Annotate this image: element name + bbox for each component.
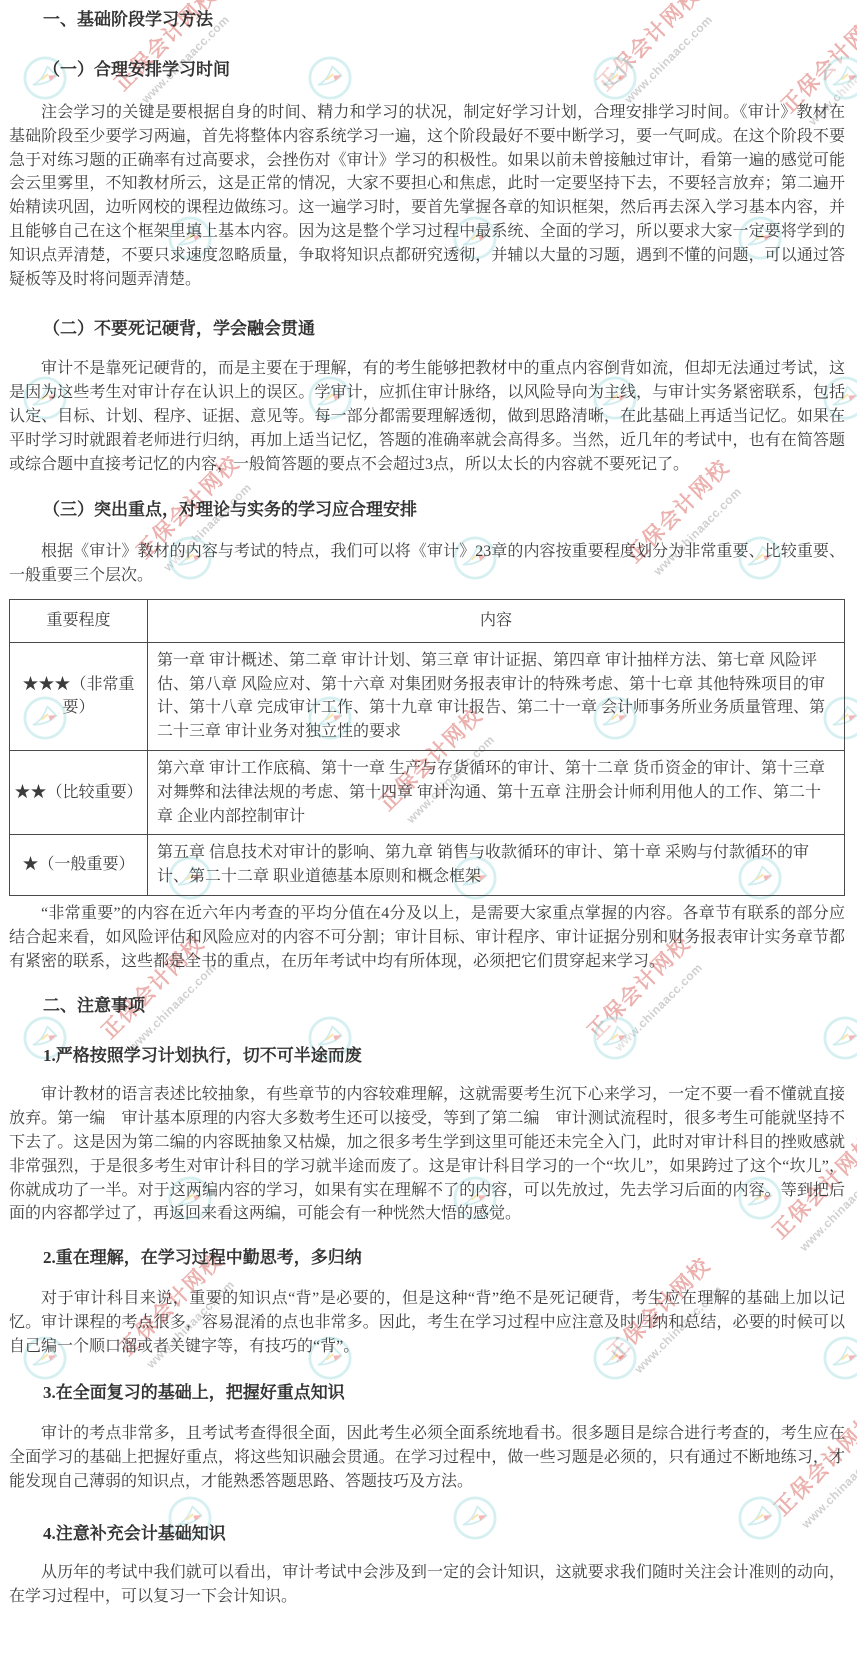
document-page: 正保会计网校www.chinaacc.com正保会计网校www.chinaacc… bbox=[0, 0, 857, 1664]
note-heading-2: 2.重在理解，在学习过程中勤思考，多归纳 bbox=[9, 1246, 845, 1270]
table-header-level: 重要程度 bbox=[10, 599, 148, 642]
paragraph-note-2: 对于审计科目来说，重要的知识点“背”是必要的，但是这种“背”绝不是死记硬背，考生… bbox=[9, 1287, 845, 1358]
table-row: ★★★（非常重要） 第一章 审计概述、第二章 审计计划、第三章 审计证据、第四章… bbox=[10, 642, 845, 750]
table-header-row: 重要程度 内容 bbox=[10, 599, 845, 642]
level-important: ★★（比较重要） bbox=[10, 750, 148, 834]
section-2-title: 二、注意事项 bbox=[9, 994, 845, 1018]
paragraph-study-time: 注会学习的关键是要根据自身的时间、精力和学习的状况，制定好学习计划，合理安排学习… bbox=[9, 101, 845, 291]
importance-table: 重要程度 内容 ★★★（非常重要） 第一章 审计概述、第二章 审计计划、第三章 … bbox=[9, 599, 845, 896]
paragraph-importance-intro: 根据《审计》教材的内容与考试的特点，我们可以将《审计》23章的内容按重要程度划分… bbox=[9, 540, 845, 588]
table-row: ★★（比较重要） 第六章 审计工作底稿、第十一章 生产与存货循环的审计、第十二章… bbox=[10, 750, 845, 834]
note-heading-1: 1.严格按照学习计划执行，切不可半途而废 bbox=[9, 1044, 845, 1068]
paragraph-after-table: “非常重要”的内容在近六年内考查的平均分值在4分及以上，是需要大家重点掌握的内容… bbox=[9, 902, 845, 973]
level-general: ★（一般重要） bbox=[10, 835, 148, 896]
note-heading-4: 4.注意补充会计基础知识 bbox=[9, 1522, 845, 1546]
paragraph-no-rote: 审计不是靠死记硬背的，而是主要在于理解，有的考生能够把教材中的重点内容倒背如流，… bbox=[9, 357, 845, 476]
paragraph-note-1: 审计教材的语言表述比较抽象，有些章节的内容较难理解，这就需要考生沉下心来学习，一… bbox=[9, 1083, 845, 1226]
section-1-title: 一、基础阶段学习方法 bbox=[9, 8, 845, 32]
paragraph-note-3: 审计的考点非常多，且考试考查得很全面，因此考生必须全面系统地看书。很多题目是综合… bbox=[9, 1422, 845, 1493]
document-content: 一、基础阶段学习方法 （一）合理安排学习时间 注会学习的关键是要根据自身的时间、… bbox=[0, 0, 857, 1608]
subsection-heading-2: （二）不要死记硬背，学会融会贯通 bbox=[9, 317, 845, 341]
chapters-important: 第六章 审计工作底稿、第十一章 生产与存货循环的审计、第十二章 货币资金的审计、… bbox=[148, 750, 845, 834]
subsection-heading-1: （一）合理安排学习时间 bbox=[9, 58, 845, 82]
table-row: ★（一般重要） 第五章 信息技术对审计的影响、第九章 销售与收款循环的审计、第十… bbox=[10, 835, 845, 896]
table-header-content: 内容 bbox=[148, 599, 845, 642]
subsection-heading-3: （三）突出重点，对理论与实务的学习应合理安排 bbox=[9, 498, 845, 522]
chapters-general: 第五章 信息技术对审计的影响、第九章 销售与收款循环的审计、第十章 采购与付款循… bbox=[148, 835, 845, 896]
paragraph-note-4: 从历年的考试中我们就可以看出，审计考试中会涉及到一定的会计知识，这就要求我们随时… bbox=[9, 1561, 845, 1609]
level-very-important: ★★★（非常重要） bbox=[10, 642, 148, 750]
chapters-very-important: 第一章 审计概述、第二章 审计计划、第三章 审计证据、第四章 审计抽样方法、第七… bbox=[148, 642, 845, 750]
note-heading-3: 3.在全面复习的基础上，把握好重点知识 bbox=[9, 1381, 845, 1405]
